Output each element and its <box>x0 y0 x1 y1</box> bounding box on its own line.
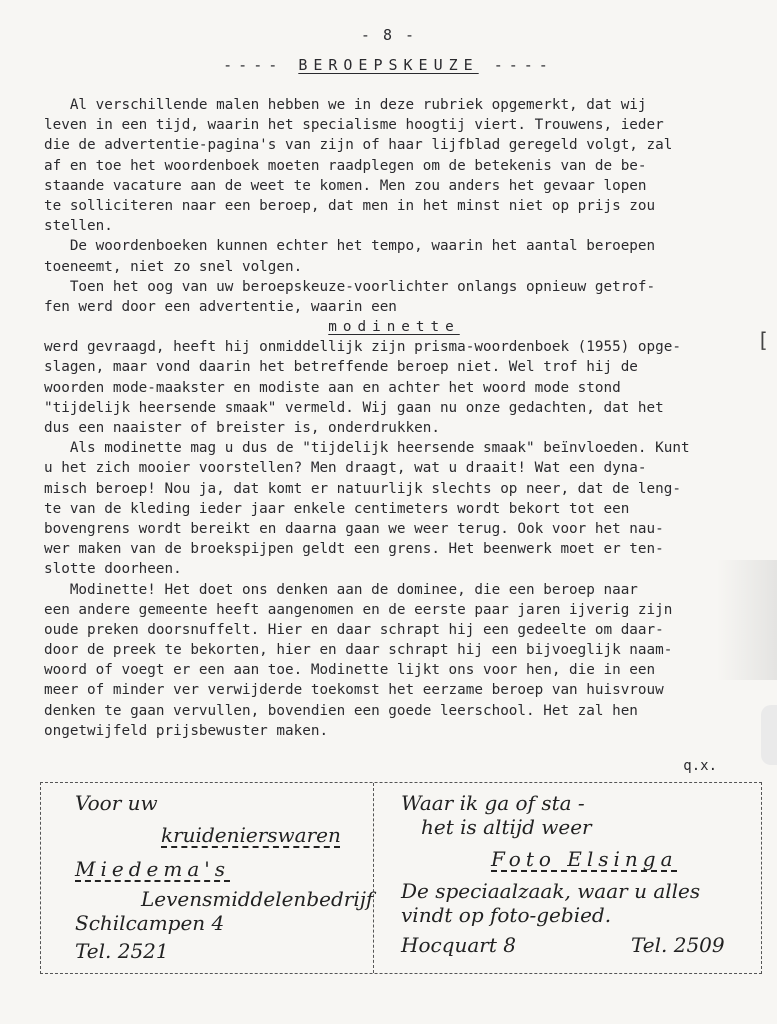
article-line: bovengrens wordt bereikt en daarna gaan … <box>44 519 744 539</box>
ad-right-company: Foto Elsinga <box>491 847 678 871</box>
article-line: ongetwijfeld prijsbewuster maken. <box>44 721 744 741</box>
article-line: fen werd door een advertentie, waarin ee… <box>44 297 744 317</box>
advertisement-box: Voor uw kruidenierswaren Miedema's Leven… <box>40 782 762 974</box>
ad-left-product: kruidenierswaren <box>161 823 341 847</box>
article-line: Toen het oog van uw beroepskeuze-voorlic… <box>44 277 744 297</box>
article-line: dus een naaister of breister is, onderdr… <box>44 418 744 438</box>
article-line: oude preken doorsnuffelt. Hier en daar s… <box>44 620 744 640</box>
author-signature: q.x. <box>683 758 717 774</box>
ad-right-phone: Tel. 2509 <box>631 933 725 957</box>
article-line: Als modinette mag u dus de "tijdelijk he… <box>44 438 744 458</box>
article-line: De woordenboeken kunnen echter het tempo… <box>44 236 744 256</box>
article-line: denken te gaan vervullen, bovendien een … <box>44 701 744 721</box>
article-line: slotte doorheen. <box>44 559 744 579</box>
article-line: stellen. <box>44 216 744 236</box>
ad-left-intro: Voor uw <box>75 791 158 815</box>
ad-divider <box>373 783 374 973</box>
article-line: Al verschillende malen hebben we in deze… <box>44 95 744 115</box>
article-line: "tijdelijk heersende smaak" vermeld. Wij… <box>44 398 744 418</box>
article-line: meer of minder ver verwijderde toekomst … <box>44 680 744 700</box>
article-line: toeneemt, niet zo snel volgen. <box>44 257 744 277</box>
page-shadow <box>717 560 777 680</box>
ad-left-company: Miedema's <box>75 857 230 881</box>
article-line: werd gevraagd, heeft hij onmiddellijk zi… <box>44 337 744 357</box>
title-text: BEROEPSKEUZE <box>298 56 478 74</box>
ad-right-description: De speciaalzaak, waar u alles <box>401 879 700 903</box>
article-line: u het zich mooier voorstellen? Men draag… <box>44 458 744 478</box>
ad-right-address: Hocquart 8 <box>401 933 516 957</box>
ad-left-address: Schilcampen 4 <box>75 911 224 935</box>
article-line: leven in een tijd, waarin het specialism… <box>44 115 744 135</box>
article-line: wer maken van de broekspijpen geldt een … <box>44 539 744 559</box>
article-line: staande vacature aan de weet te komen. M… <box>44 176 744 196</box>
article-line: die de advertentie-pagina's van zijn of … <box>44 135 744 155</box>
article-line: slagen, maar vond daarin het betreffende… <box>44 357 744 377</box>
ad-left-phone: Tel. 2521 <box>75 939 169 963</box>
article-line: woord of voegt er een aan toe. Modinette… <box>44 660 744 680</box>
article-line: door de preek te bekorten, hier en daar … <box>44 640 744 660</box>
article-line: af en toe het woordenboek moeten raadple… <box>44 156 744 176</box>
page-title: ---- BEROEPSKEUZE ---- <box>0 56 777 74</box>
title-dashes-left: ---- <box>223 56 283 74</box>
title-dashes-right: ---- <box>494 56 554 74</box>
article-line: te van de kleding ieder jaar enkele cent… <box>44 499 744 519</box>
article-line: een andere gemeente heeft aangenomen en … <box>44 600 744 620</box>
margin-bracket-mark: [ <box>757 328 769 352</box>
ad-right-description-2: vindt op foto-gebied. <box>401 903 611 927</box>
ad-right-tagline: het is altijd weer <box>421 815 592 839</box>
ad-right-intro: Waar ik ga of sta - <box>401 791 585 815</box>
article-line: Modinette! Het doet ons denken aan de do… <box>44 580 744 600</box>
article-line: woorden mode-maakster en modiste aan en … <box>44 378 744 398</box>
article-body: Al verschillende malen hebben we in deze… <box>44 95 744 741</box>
article-line: misch beroep! Nou ja, dat komt er natuur… <box>44 479 744 499</box>
highlight-word: modinette <box>44 317 744 337</box>
page-number: - 8 - <box>0 26 777 44</box>
punch-hole <box>761 705 777 765</box>
ad-left-subtitle: Levensmiddelenbedrijf <box>141 887 373 911</box>
article-line: te solliciteren naar een beroep, dat men… <box>44 196 744 216</box>
